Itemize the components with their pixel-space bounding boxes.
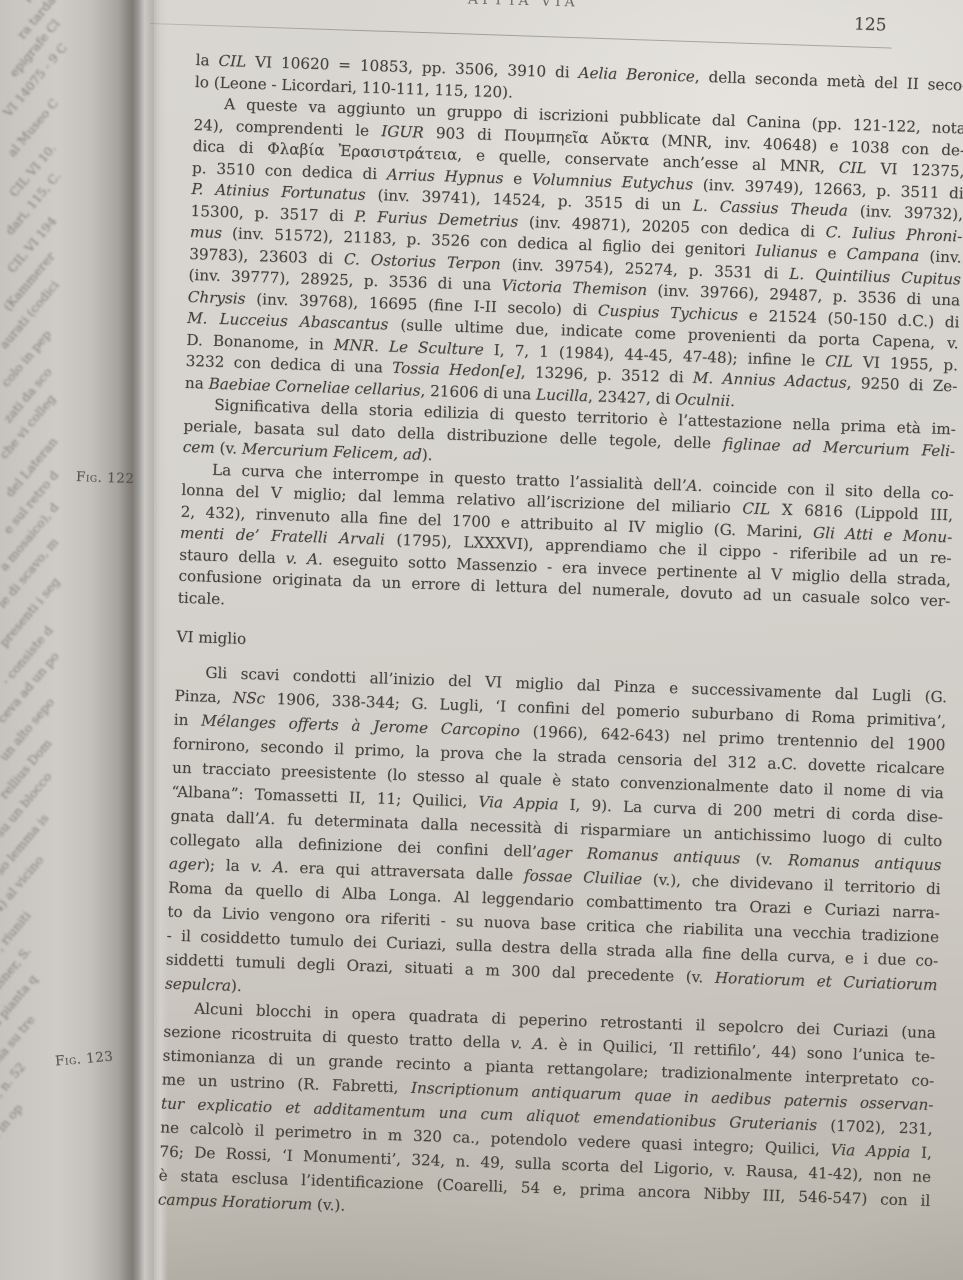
book-page-photo: porta sra tardaepigrafe ClVI 14075 - 9 C… (0, 0, 963, 1280)
gutter-text-fragment: 3, n. 52 (0, 1059, 28, 1105)
paragraph: Alcuni blocchi in opera quadrata di pepe… (157, 995, 936, 1236)
body-text-block: la CIL VI 10620 = 10853, pp. 3506, 3910 … (157, 50, 963, 1237)
gutter-text-fragment: d in op (0, 1101, 25, 1144)
paragraph: A queste va aggiunto un gruppo di iscriz… (185, 93, 963, 419)
paragraph: La curva che interrompe in questo tratto… (177, 458, 954, 634)
margin-label-fig-122: Fig. 122 (76, 469, 135, 487)
running-header: APPIA VIA (468, 0, 579, 11)
paragraph: Gli scavi condotti all’inizio del VI mig… (165, 660, 948, 1021)
gutter-text-fragment: , riuniti (0, 908, 34, 954)
page-curl-edge (118, 0, 154, 1280)
page-number: 125 (854, 14, 887, 35)
header-rule (150, 23, 892, 49)
